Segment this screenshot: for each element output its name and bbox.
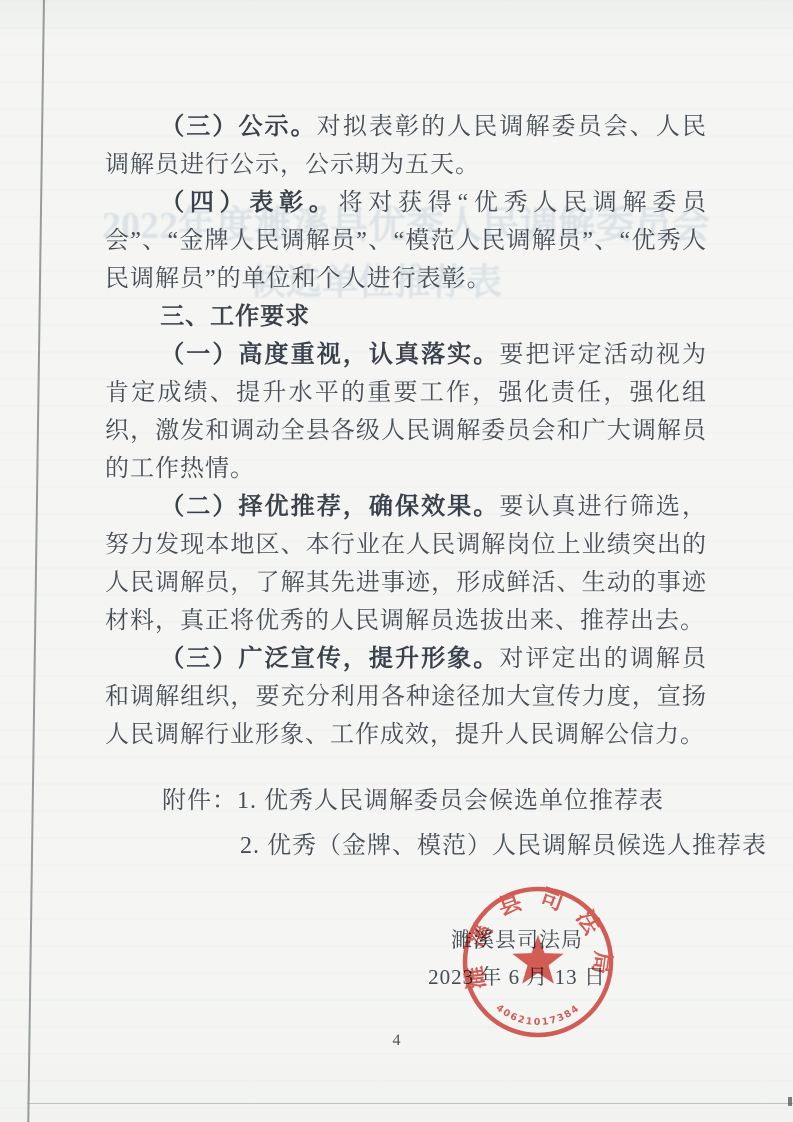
body-paragraph: （三）公示。对拟表彰的人民调解委员会、人民调解员进行公示，公示期为五天。: [105, 108, 707, 184]
body-paragraph: （四）表彰。将对获得“优秀人民调解委员会”、“金牌人民调解员”、“模范人民调解员…: [105, 184, 707, 298]
scan-corner-mark: [788, 1097, 792, 1106]
paragraph-lead: （三）公示。: [160, 114, 317, 140]
section-heading: 三、工作要求: [105, 298, 707, 336]
paragraph-lead: （二）择优推荐，确保效果。: [160, 494, 499, 520]
official-seal: 濉溪县司法局 3406210173845: [438, 862, 638, 1062]
seal-serial: 3406210173845: [438, 862, 582, 1028]
document-body: （三）公示。对拟表彰的人民调解委员会、人民调解员进行公示，公示期为五天。 （四）…: [105, 108, 707, 754]
scan-bottom-line: [27, 1103, 793, 1104]
attachments-block: 附件：1. 优秀人民调解委员会候选单位推荐表 2. 优秀（金牌、模范）人民调解员…: [162, 779, 767, 869]
document-page: 2022年度濉溪县优秀人民调解委员会 候选单位推荐表 （三）公示。对拟表彰的人民…: [0, 0, 793, 1122]
paragraph-lead: （三）广泛宣传，提升形象。: [160, 646, 499, 672]
svg-text:3406210173845: 3406210173845: [438, 862, 582, 1028]
seal-star-icon: [512, 935, 563, 984]
attachment-row: 附件：1. 优秀人民调解委员会候选单位推荐表: [162, 779, 767, 824]
body-paragraph: （三）广泛宣传，提升形象。对评定出的调解员和调解组织，要充分利用各种途径加大宣传…: [105, 640, 707, 754]
body-paragraph: （一）高度重视，认真落实。要把评定活动视为肯定成绩、提升水平的重要工作，强化责任…: [105, 336, 707, 488]
attachment-item: 2. 优秀（金牌、模范）人民调解员候选人推荐表: [240, 833, 767, 859]
page-number: 4: [0, 1032, 793, 1050]
attachment-item: 1. 优秀人民调解委员会候选单位推荐表: [237, 788, 664, 814]
scan-fold-line: [27, 0, 44, 1122]
paragraph-lead: （四）表彰。: [160, 190, 338, 216]
attachments-label: 附件：: [162, 788, 237, 814]
paragraph-lead: （一）高度重视，认真落实。: [160, 342, 499, 368]
body-paragraph: （二）择优推荐，确保效果。要认真进行筛选，努力发现本地区、本行业在人民调解岗位上…: [105, 488, 707, 640]
